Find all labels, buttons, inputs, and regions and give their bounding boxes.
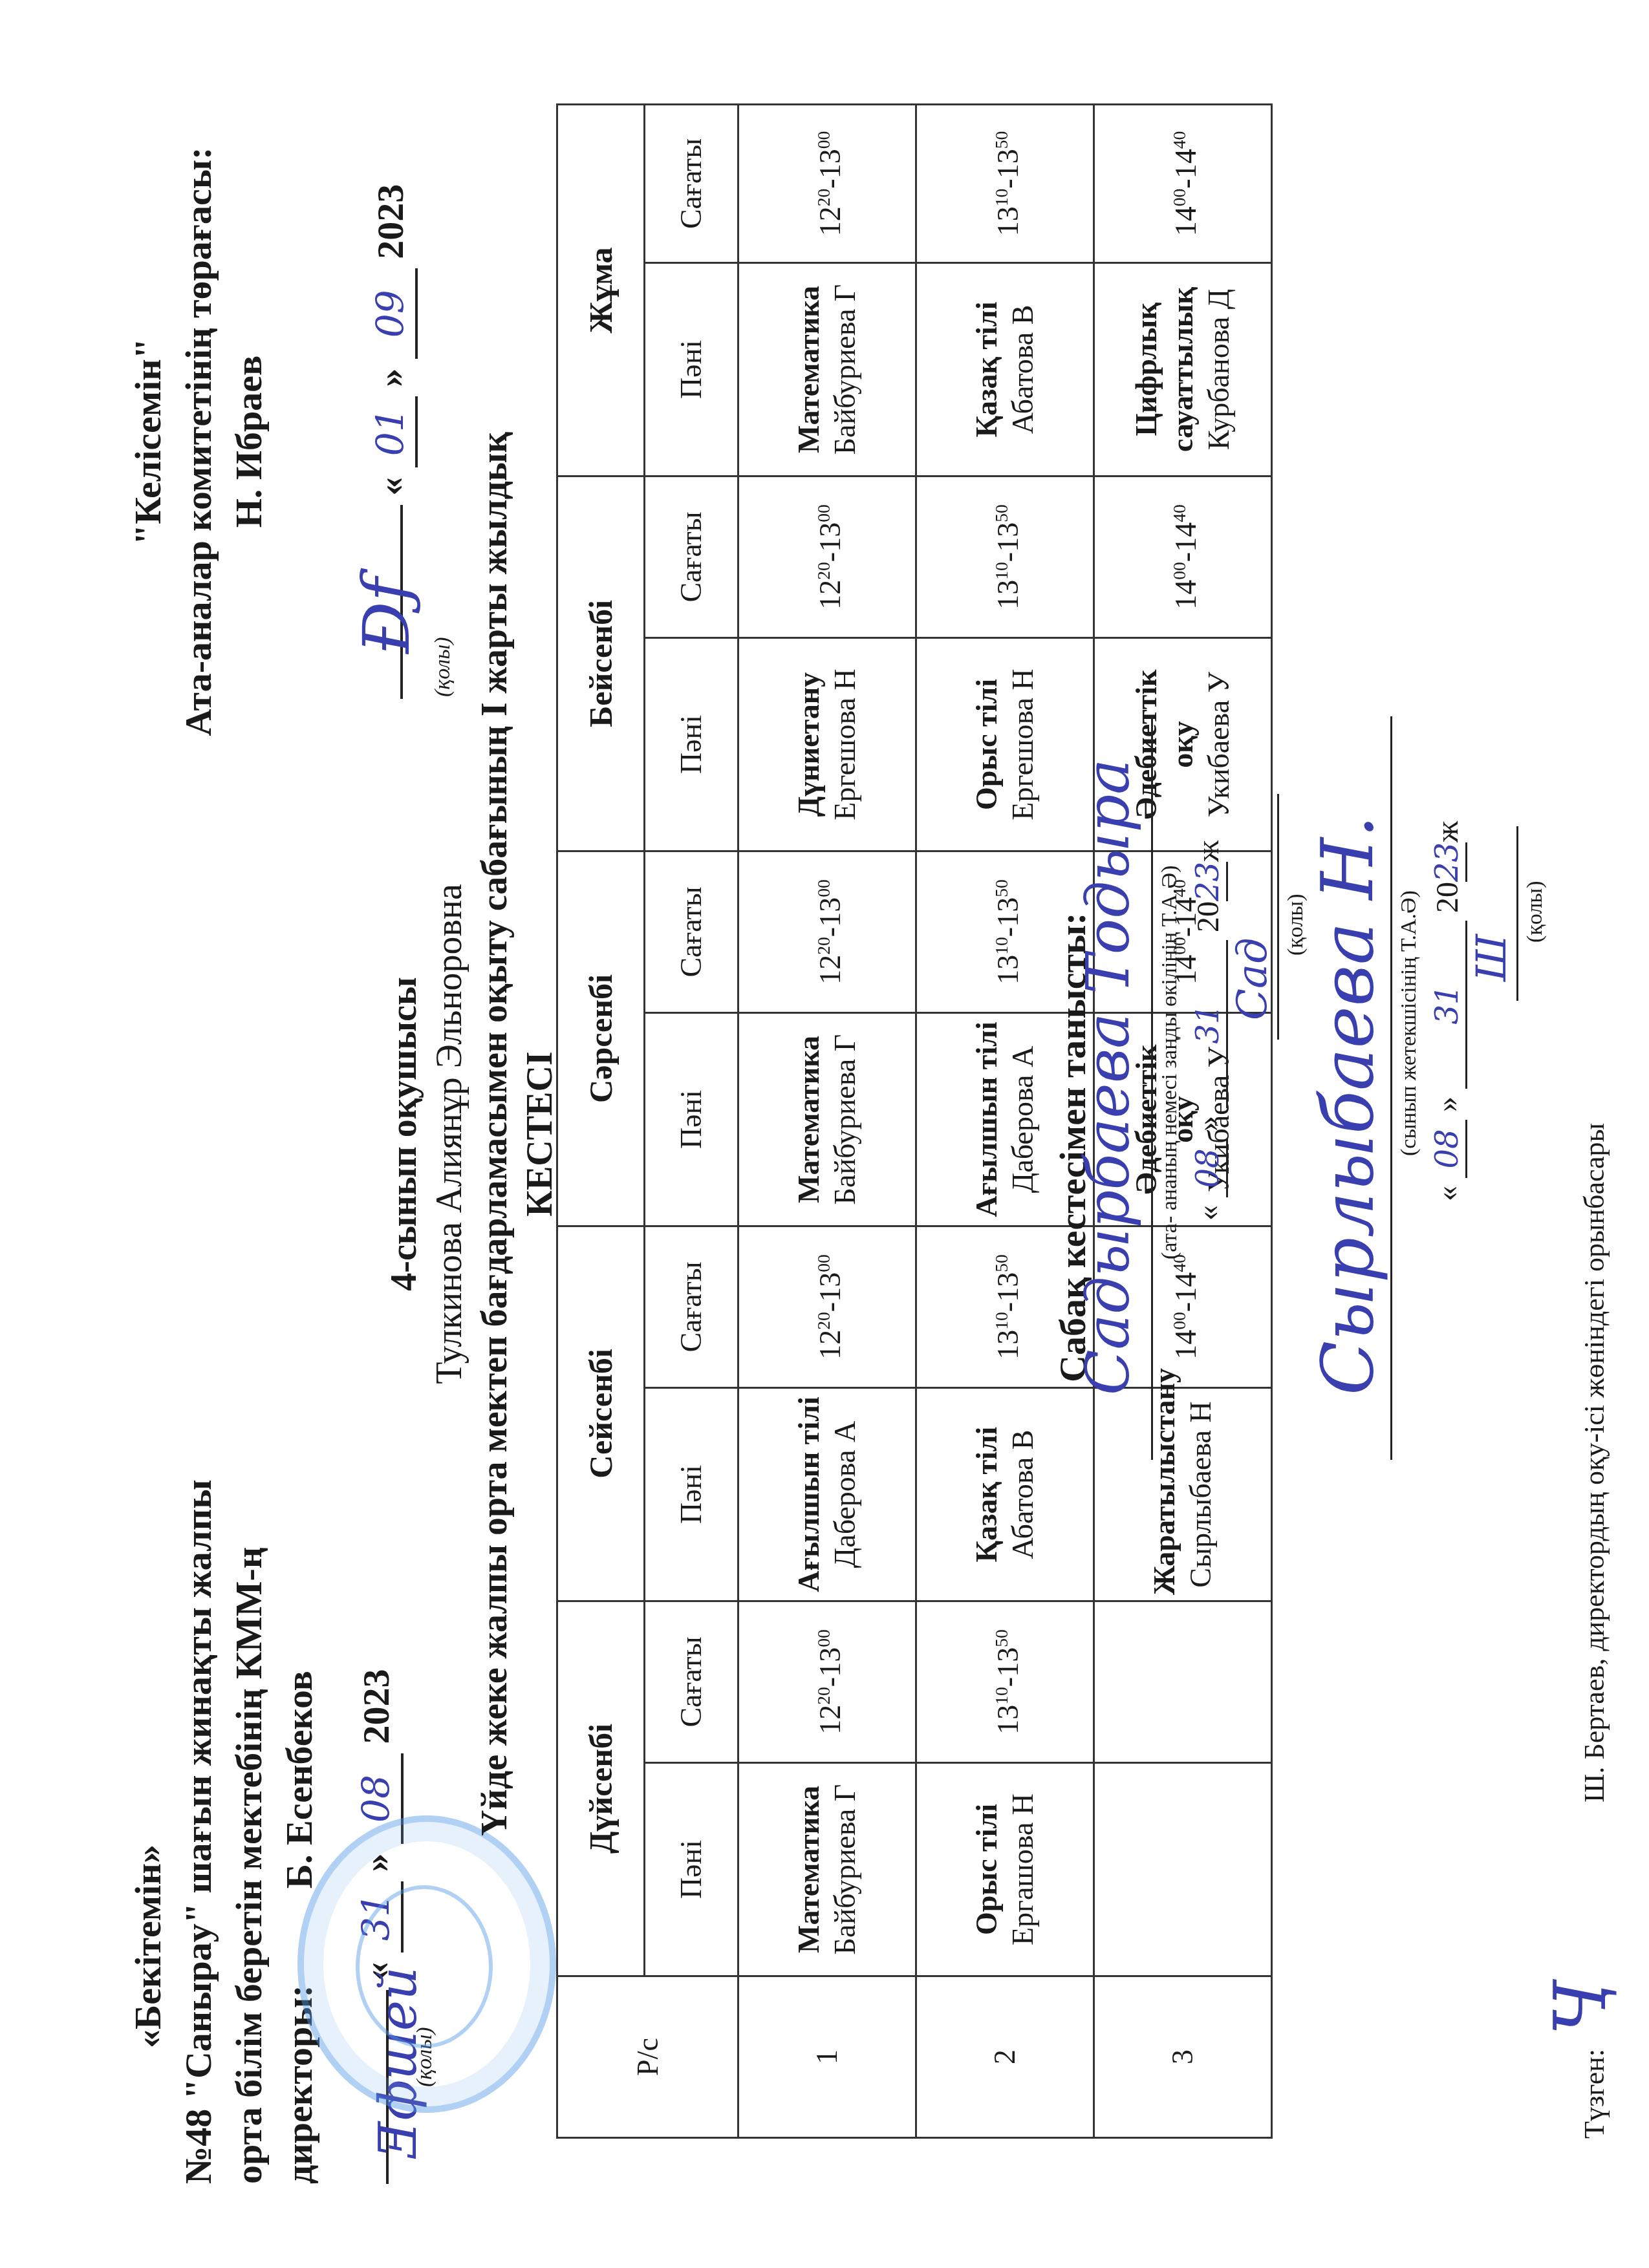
teacher-date: « 08 » 31 2023ж [1429,821,1467,1201]
row-number: 2 [916,1976,1094,2138]
time-to-minute: 00 [814,504,834,522]
subject-header: Пәні [645,1012,738,1226]
lesson-time: 1310-1350 [916,104,1094,262]
time-to-hour: 13 [814,897,846,927]
time-to-minute: 50 [991,1629,1011,1647]
lesson-teacher: Байбуриева Г [827,1019,863,1220]
time-from-hour: 14 [1169,580,1202,610]
lesson-cell: Цифрлық сауаттылықКурбанова Д [1094,262,1272,476]
teacher-sign-caption: (қолы) [1523,881,1547,943]
time-from-minute: 20 [814,189,834,207]
time-to-hour: 13 [814,1647,846,1677]
lesson-time: 1220-1300 [738,851,916,1012]
subject-header: Пәні [645,1763,738,1976]
time-to-minute: 00 [814,1629,834,1647]
lesson-subject: Дүниетану [791,644,827,845]
lesson-cell: Қазақ тіліАбатова В [916,1388,1094,1601]
day-header-friday: Жұма [557,104,645,476]
time-to-minute: 50 [991,131,1011,149]
lesson-time: 1220-1300 [738,476,916,637]
time-from-minute: 10 [991,562,1011,580]
committee-role: Ата-аналар комитетінің төрағасы: [173,70,224,813]
table-row: 1МатематикаБайбуриева Г1220-1300Ағылшын … [738,104,916,2137]
director-name: Б. Есенбеков [278,1671,320,1888]
time-from-hour: 13 [991,580,1024,610]
parent-date: « 08 » 31 2023ж [1190,840,1228,1221]
title-student-name: Тулкинова Алиянұр Эльноровна [427,0,472,2268]
lesson-subject: Қазақ тілі [969,1394,1005,1595]
teacher-date-year: 23 [1429,842,1467,882]
subject-header: Пәні [645,1388,738,1601]
time-to-minute: 40 [1169,131,1189,149]
time-to-hour: 13 [991,897,1024,927]
time-from-hour: 13 [991,955,1024,985]
compiler-signature: Ҷ [1539,1982,1622,2035]
time-from-minute: 10 [991,189,1011,207]
lesson-teacher: Байбуриева Г [827,1769,863,1970]
time-from-hour: 13 [991,1330,1024,1360]
time-from-hour: 12 [814,1705,846,1735]
time-from-minute: 10 [991,937,1011,955]
parent-name-line [1151,716,1153,1460]
subject-header: Пәні [645,262,738,476]
subject-header: Пәні [645,637,738,851]
lesson-subject: Математика [791,1019,827,1220]
rownum-header: Р/с [557,1976,738,2138]
lesson-teacher: Даберова А [827,1394,863,1595]
lesson-subject: Ағылшын тілі [791,1394,827,1595]
director-row: директоры: Б. Есенбеков [274,1440,325,2184]
time-from-minute: 00 [1169,189,1189,207]
time-to-hour: 13 [991,149,1024,178]
parent-sign-caption: (қолы) [1284,893,1308,956]
time-from-hour: 14 [1169,206,1202,236]
lesson-cell: МатематикаБайбуриева Г [738,1763,916,1976]
row-number: 3 [1094,1976,1272,2138]
document-title: 4-сынып оқушысы Тулкинова Алиянұр Эльнор… [382,0,563,2268]
time-from-hour: 12 [814,955,846,985]
teacher-name-caption: (сынып жетекшісінің Т.А.Ә) [1397,890,1421,1156]
day-header-monday: Дүйсенбі [557,1601,645,1976]
lesson-teacher: Сырлыбаева Н [1183,1394,1219,1595]
time-from-hour: 13 [991,1705,1024,1735]
time-from-hour: 12 [814,580,846,610]
lesson-teacher: Даберова А [1005,1019,1041,1220]
time-to-hour: 13 [814,522,846,552]
compiled-by-author: Ш. Бертаев, директордың оқу-ісі жөніндег… [1578,1123,1611,1803]
lesson-cell: ДүниетануЕргешова Н [738,637,916,851]
time-to-hour: 13 [814,1272,846,1302]
compiled-by-label: Түзген: [1578,2049,1611,2139]
teacher-sign-line [1516,826,1518,1001]
lesson-time: 1220-1300 [738,1226,916,1387]
lesson-subject: Математика [791,1769,827,1970]
time-from-minute: 00 [1169,1312,1189,1330]
lesson-cell: Орыс тіліЕргашова Н [916,1763,1094,1976]
lesson-subject: Орыс тілі [969,644,1005,845]
time-to-minute: 40 [1169,504,1189,522]
time-to-hour: 14 [1169,149,1202,178]
lesson-subject: Ағылшын тілі [969,1019,1005,1220]
teacher-signature: Ш [1468,934,1516,981]
parent-sign-line [1277,794,1279,1040]
lesson-time [1094,1601,1272,1763]
time-to-minute: 00 [814,1254,834,1272]
lesson-time: 1310-1350 [916,1601,1094,1763]
lesson-subject: Қазақ тілі [969,269,1005,470]
time-header: Сағаты [645,1601,738,1763]
lesson-teacher: Курбанова Д [1201,269,1237,470]
time-header: Сағаты [645,851,738,1012]
lesson-cell: МатематикаБайбуриева Г [738,262,916,476]
time-from-minute: 20 [814,562,834,580]
lesson-time: 1400-1440 [1094,104,1272,262]
time-to-minute: 50 [991,879,1011,897]
lesson-cell: МатематикаБайбуриева Г [738,1012,916,1226]
lesson-teacher: Укибаева У [1201,644,1237,845]
lesson-subject: Математика [791,269,827,470]
parent-date-year: 23 [1190,862,1228,901]
time-from-minute: 20 [814,937,834,955]
day-header-tuesday: Сейсенбі [557,1226,645,1601]
time-to-minute: 50 [991,1254,1011,1272]
table-header-days: Р/с Дүйсенбі Сейсенбі Сәрсенбі Бейсенбі … [557,104,645,2137]
lesson-teacher: Абатова В [1005,269,1041,470]
time-from-hour: 13 [991,206,1024,236]
time-to-hour: 13 [814,149,846,178]
day-header-wednesday: Сәрсенбі [557,851,645,1226]
time-to-hour: 13 [991,522,1024,552]
time-to-hour: 13 [991,1272,1024,1302]
lesson-time: 1400-1440 [1094,476,1272,637]
teacher-name-line [1390,716,1392,1460]
table-header-subcolumns: ПәніСағатыПәніСағатыПәніСағатыПәніСағаты… [645,104,738,2137]
time-to-hour: 13 [991,1647,1024,1677]
lesson-teacher: Байбуриева Г [827,269,863,470]
row-number: 1 [738,1976,916,2138]
lesson-cell: Ағылшын тіліДаберова А [738,1388,916,1601]
teacher-date-month: 31 [1429,921,1467,1089]
document-sheet: «Бекітемін» №48 "Саныpay" шағын жинақты … [0,0,1649,2268]
parent-date-month: 31 [1190,940,1228,1108]
day-header-thursday: Бейсенбі [557,476,645,851]
time-from-minute: 20 [814,1687,834,1705]
title-description: Үйде жеке жалпы орта мектеп бағдарламасы… [472,0,517,2268]
committee-chair-name: Н. Ибраев [224,70,274,813]
teacher-handwritten-name: Сырлыбаева Н. [1306,815,1389,1395]
lesson-cell: Орыс тіліЕргешова Н [916,637,1094,851]
time-header: Сағаты [645,104,738,262]
time-to-hour: 14 [1169,522,1202,552]
lesson-time: 1310-1350 [916,476,1094,637]
time-from-minute: 10 [991,1687,1011,1705]
lesson-time: 1220-1300 [738,1601,916,1763]
time-from-minute: 10 [991,1312,1011,1330]
time-to-hour: 14 [1169,1272,1202,1302]
lesson-cell [1094,1763,1272,1976]
lesson-teacher: Ергешова Н [1005,644,1041,845]
lesson-teacher: Абатова В [1005,1394,1041,1595]
agreement-heading: "Келісемін" [123,70,173,813]
lesson-time: 1220-1300 [738,104,916,262]
approval-heading: «Бекітемін» [123,1440,173,2184]
time-from-hour: 12 [814,1330,846,1360]
time-header: Сағаты [645,1226,738,1387]
parent-date-day: 08 [1190,1139,1228,1197]
teacher-date-day: 08 [1429,1120,1467,1178]
school-name-line2: орта білім беретін мектебінің КММ-ң [224,1440,274,2184]
time-from-hour: 12 [814,206,846,236]
time-to-minute: 00 [814,131,834,149]
time-to-minute: 50 [991,504,1011,522]
lesson-teacher: Ергешова Н [827,644,863,845]
parent-signature: Сад [1229,937,1277,1020]
lesson-subject: Цифрлық сауаттылық [1128,269,1201,470]
time-from-minute: 20 [814,1312,834,1330]
lesson-cell: Қазақ тіліАбатова В [916,262,1094,476]
time-header: Сағаты [645,476,738,637]
time-from-hour: 14 [1169,1330,1202,1360]
time-from-minute: 00 [1169,562,1189,580]
time-to-minute: 00 [814,879,834,897]
parent-name-caption: (ата- ананың немесі заңды өкілінің Т.А.Ә… [1158,866,1182,1259]
parent-handwritten-name: Садырбаева Тодыра [1073,759,1143,1395]
lesson-subject: Орыс тілі [969,1769,1005,1970]
school-name-line1: №48 "Саныpay" шағын жинақты жалпы [173,1440,224,2184]
lesson-teacher: Ергашова Н [1005,1769,1041,1970]
title-grade: 4-сынып оқушысы [382,0,427,2268]
lesson-cell: ЖаратылыстануСырлыбаева Н [1094,1388,1272,1601]
